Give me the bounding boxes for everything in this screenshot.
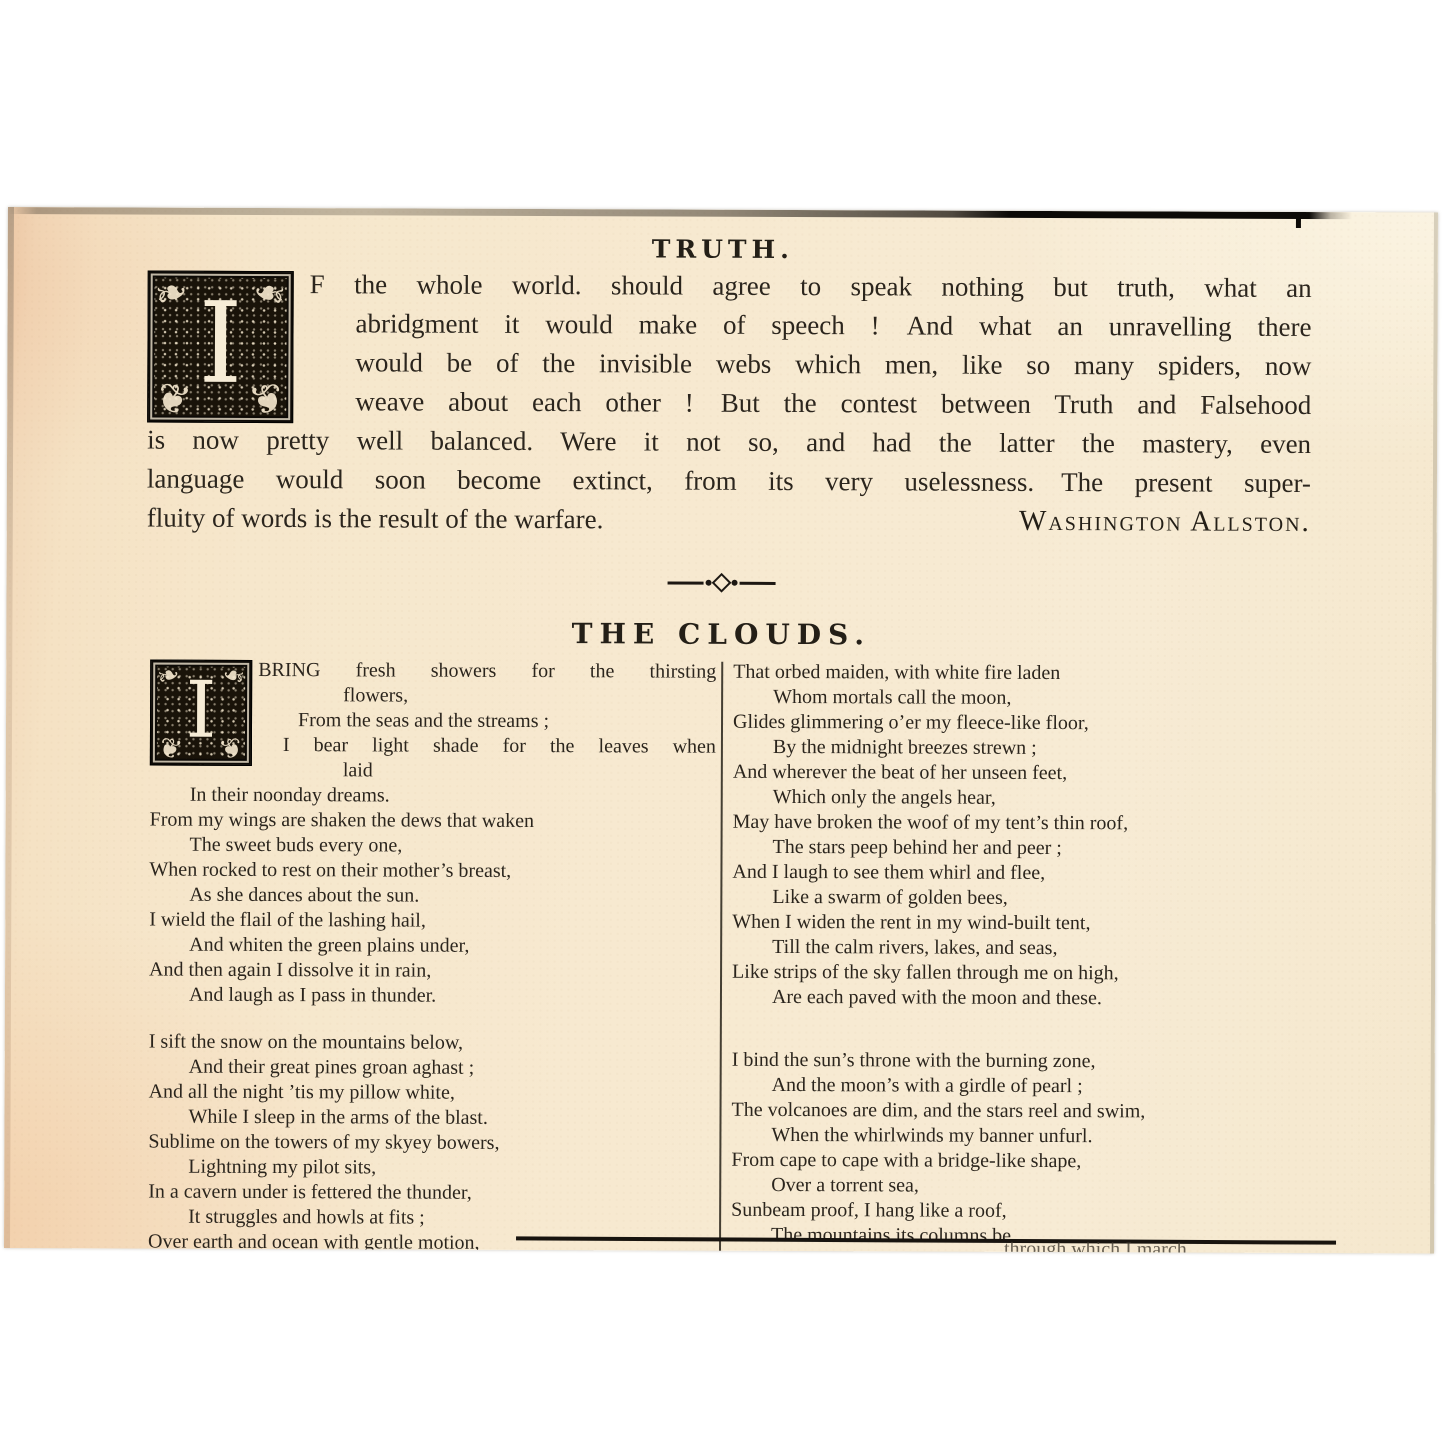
poem-line: Sublime on the towers of my skyey bowers…: [144, 1130, 714, 1157]
poem-right-lines: That orbed maiden, with white fire laden…: [731, 660, 1338, 1250]
page-left-edge-shadow: [4, 207, 14, 1248]
poem-line: It struggles and howls at fits ;: [144, 1205, 714, 1232]
poem-line: When rocked to rest on their mother’s br…: [145, 858, 715, 885]
poem-line: I sift the snow on the mountains below,: [145, 1030, 715, 1057]
poem-line: Like a swarm of golden bees,: [732, 885, 1337, 912]
prose-line: abridgment it would make of speech ! And…: [355, 304, 1311, 347]
prose-line: language would soon become extinct, from…: [147, 460, 1311, 503]
clouds-poem: ❧ ❧ ❦ ❦ I BRING fresh showers for the th…: [144, 658, 1341, 1254]
poem-line: flowers,: [339, 683, 716, 709]
poem-line: And wherever the beat of her unseen feet…: [733, 760, 1338, 787]
poem-line: From my wings are shaken the dews that w…: [146, 808, 716, 835]
poem-line: As she dances about the sun.: [145, 883, 715, 910]
poem-line: Glides glimmering o’er my fleece-like fl…: [733, 710, 1338, 737]
truth-prose: F the whole world. should agree to speak…: [147, 265, 1312, 503]
poem-line: And laugh as I pass in thunder.: [145, 983, 715, 1010]
poem-line: laid: [339, 758, 716, 784]
prose-line: would be of the invisible webs which men…: [355, 343, 1311, 386]
book-page: TRUTH. ❧ ❧ ❦ ❦ I F the whole world. shou…: [4, 207, 1438, 1253]
poem-line: Sunbeam proof, I hang like a roof,: [731, 1198, 1336, 1225]
poem-line: And whiten the green plains under,: [145, 933, 715, 960]
poem-line: By the midnight breezes strewn ;: [733, 735, 1338, 762]
prose-line: F the whole world. should agree to speak…: [310, 265, 1312, 308]
poem-line: Which only the angels hear,: [733, 785, 1338, 812]
drop-cap-letter: I: [198, 288, 243, 400]
prose-line: weave about each other ! But the contest…: [355, 382, 1311, 425]
floral-heart-icon: ❦: [246, 377, 288, 424]
poem-line: And the moon’s with a girdle of pearl ;: [732, 1073, 1337, 1100]
poem-line: I bear light shade for the leaves when: [279, 733, 716, 760]
poem-line: through which I march: [1004, 1242, 1334, 1253]
poem-line: From the seas and the streams ;: [294, 708, 716, 735]
author-signature: Washington Allston.: [1019, 502, 1311, 542]
poem-line: Over earth and ocean with gentle motion,: [144, 1230, 714, 1254]
poem-line: Are each paved with the moon and these.: [732, 985, 1337, 1012]
poem-line: BRING fresh showers for the thirsting: [254, 658, 716, 685]
prose-last-line: fluity of words is the result of the war…: [147, 499, 1311, 542]
poem-line: When I widen the rent in my wind-built t…: [732, 910, 1337, 937]
poem-line: Lightning my pilot sits,: [144, 1155, 714, 1182]
divider-dot-icon: [732, 580, 738, 586]
truth-title: TRUTH.: [8, 232, 1438, 266]
poem-line: The sweet buds every one,: [146, 833, 716, 860]
truth-section: ❧ ❧ ❦ ❦ I F the whole world. should agre…: [147, 265, 1312, 542]
drop-cap-letter: I: [186, 672, 217, 750]
poem-line: I wield the flail of the lashing hail,: [145, 908, 715, 935]
truth-drop-cap: ❧ ❧ ❦ ❦ I: [147, 271, 294, 424]
divider-diamond-icon: [712, 573, 732, 593]
column-rule: [719, 662, 723, 1254]
poem-right-column: That orbed maiden, with white fire laden…: [731, 660, 1338, 1250]
floral-heart-icon: ❦: [152, 376, 194, 423]
poem-line: Over a torrent sea,: [731, 1173, 1336, 1200]
poem-line: Like strips of the sky fallen through me…: [732, 960, 1337, 987]
divider-rule: [668, 581, 704, 584]
poem-line: In a cavern under is fettered the thunde…: [144, 1180, 714, 1207]
section-divider-ornament: [7, 573, 1437, 592]
foliage-icon: ❧: [149, 271, 193, 318]
divider-rule: [740, 581, 776, 584]
poem-line: The volcanoes are dim, and the stars ree…: [731, 1098, 1336, 1125]
page-top-edge-shadow: [8, 207, 1438, 219]
poem-line: While I sleep in the arms of the blast.: [144, 1105, 714, 1132]
poem-line: When the whirlwinds my banner unfurl.: [731, 1123, 1336, 1150]
prose-line: is now pretty well balanced. Were it not…: [147, 421, 1311, 464]
clipped-poem-line: through which I march: [1004, 1242, 1334, 1253]
poem-left-column: ❧ ❧ ❦ ❦ I BRING fresh showers for the th…: [144, 658, 716, 1254]
poem-line: And all the night ’tis my pillow white,: [145, 1080, 715, 1107]
poem-line: And I laugh to see them whirl and flee,: [732, 860, 1337, 887]
prose-line: fluity of words is the result of the war…: [147, 499, 604, 540]
poem-line: May have broken the woof of my tent’s th…: [733, 810, 1338, 837]
poem-line: In their noonday dreams.: [146, 783, 716, 810]
foliage-icon: ❧: [219, 660, 249, 693]
foliage-icon: ❧: [248, 271, 292, 319]
clouds-title: THE CLOUDS.: [6, 615, 1436, 653]
poem-line: From cape to cape with a bridge-like sha…: [731, 1148, 1336, 1175]
floral-heart-icon: ❦: [156, 733, 185, 765]
foliage-icon: ❧: [154, 660, 184, 693]
clouds-drop-cap: ❧ ❧ ❦ ❦ I: [150, 660, 252, 766]
poem-line: That orbed maiden, with white fire laden: [733, 660, 1338, 687]
poem-line: And then again I dissolve it in rain,: [145, 958, 715, 985]
floral-heart-icon: ❦: [217, 734, 245, 766]
poem-line: Till the calm rivers, lakes, and seas,: [732, 935, 1337, 962]
poem-line: Whom mortals call the moon,: [733, 685, 1338, 712]
poem-line: I bind the sun’s throne with the burning…: [732, 1048, 1337, 1075]
page-top-edge-mark: [1296, 216, 1301, 228]
poem-line: The stars peep behind her and peer ;: [732, 835, 1337, 862]
page-right-edge-shadow: [1430, 212, 1438, 1253]
poem-line: And their great pines groan aghast ;: [145, 1055, 715, 1082]
